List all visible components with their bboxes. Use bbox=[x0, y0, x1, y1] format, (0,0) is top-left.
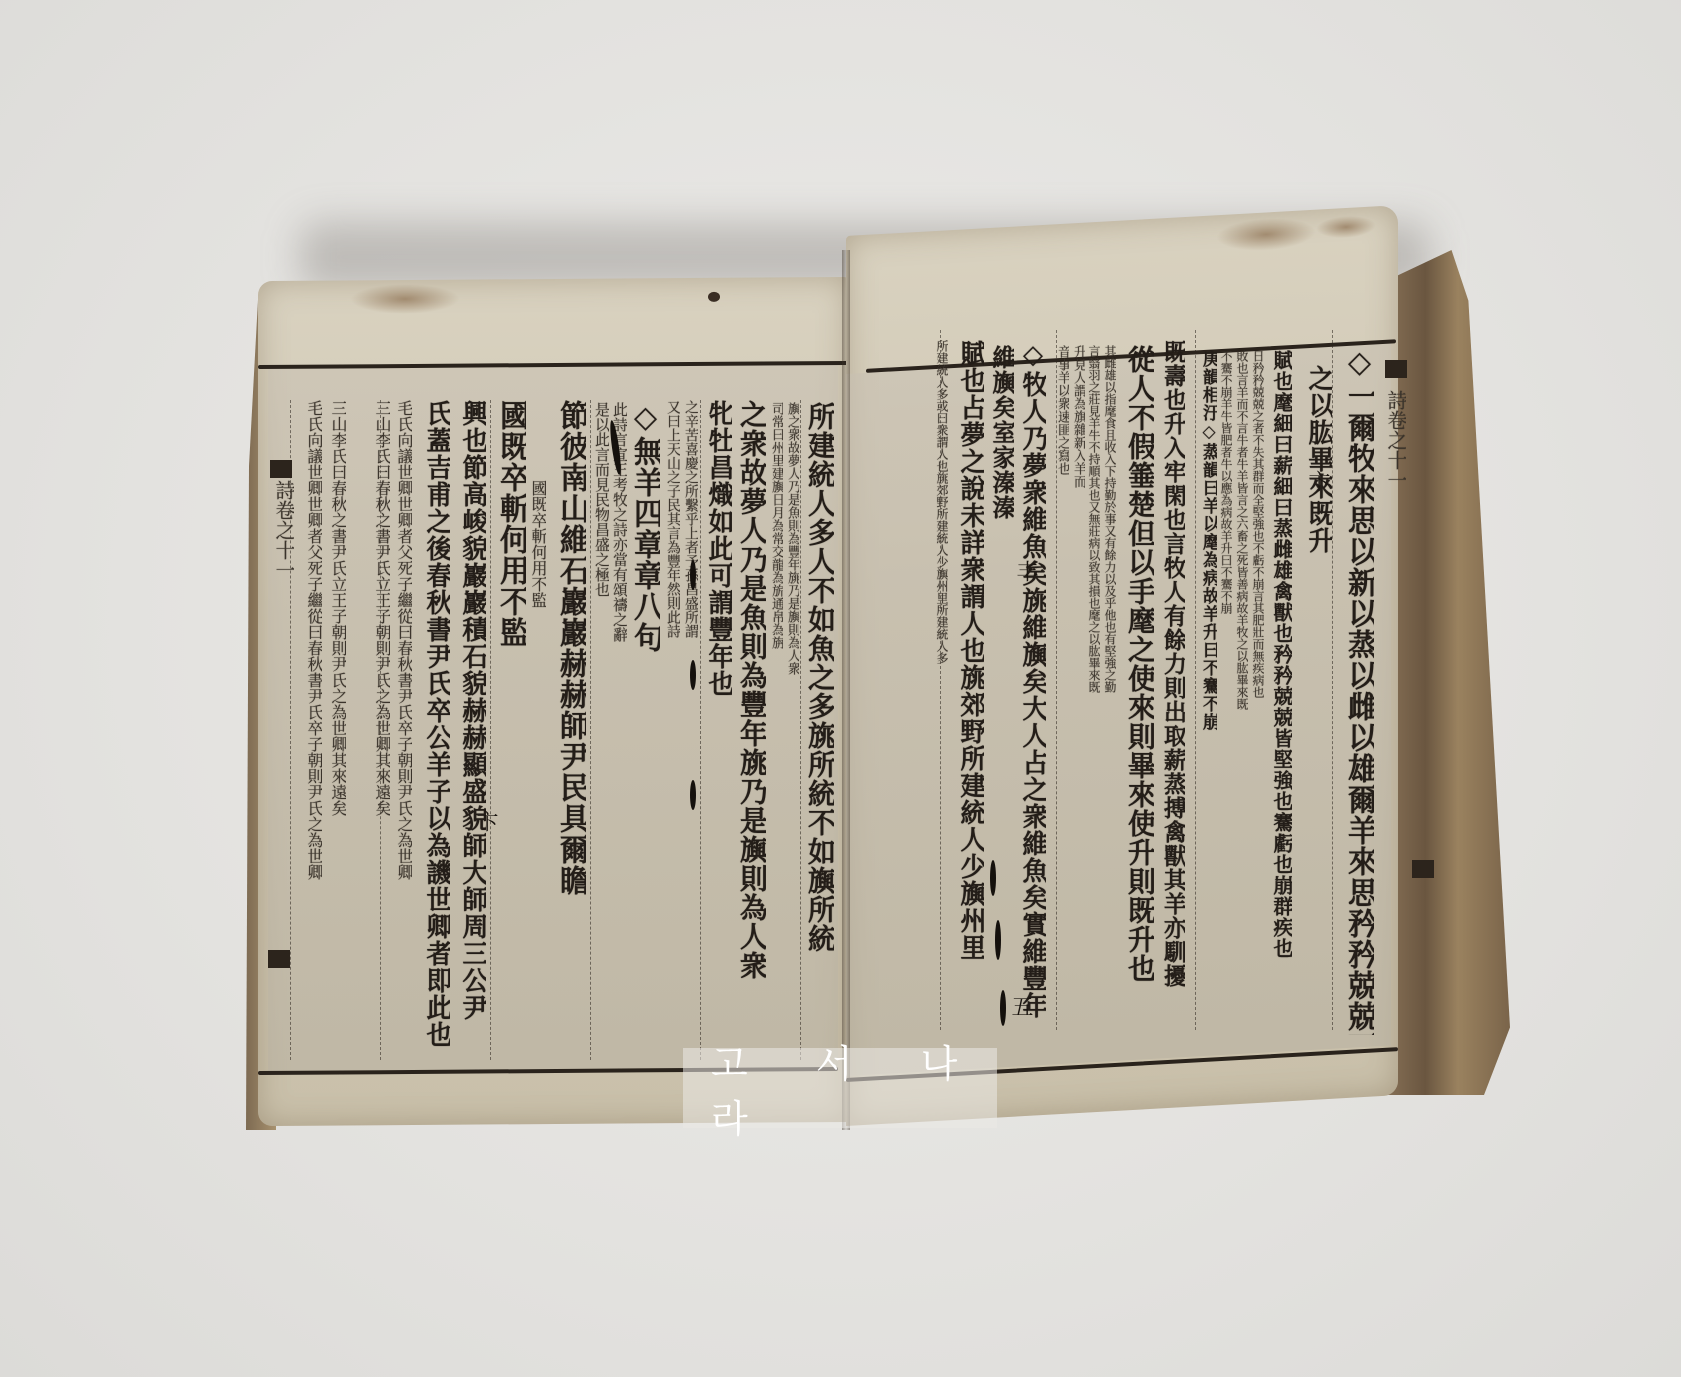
ink-stroke-mark bbox=[690, 660, 696, 690]
fishtail-marker bbox=[270, 460, 292, 478]
stain bbox=[350, 284, 460, 315]
handwritten-annotation: 卞 bbox=[1302, 470, 1333, 492]
text-column: 敗也言羊而不言牛者牛羊皆言之六畜之死皆善病故羊牧之以肱畢來既 bbox=[1236, 350, 1248, 710]
text-column: 所建統人多人不如魚之多旐所統不如旟所統 bbox=[806, 402, 834, 953]
fishtail-marker bbox=[268, 950, 290, 968]
text-column: 音事羊以衆速匪之寫也 bbox=[1056, 345, 1069, 475]
text-column: 三山李氏曰春秋之書尹氏立王子朝則尹氏之為世卿其來遠矣 bbox=[374, 400, 390, 816]
text-column: 既壽也升入牢閑也言牧人有餘力則出取薪蒸搏禽獸其羊亦馴擾 bbox=[1162, 340, 1185, 988]
text-column: 節彼南山維石巖巖赫赫師尹民具爾瞻 bbox=[556, 400, 586, 896]
text-column: 日矜矜兢兢之者不失其群而全堅強也不虧不崩言其肥壯而無疾病也 bbox=[1252, 350, 1264, 698]
right-page bbox=[846, 205, 1398, 1126]
column-divider bbox=[590, 400, 592, 1060]
text-column: ◇無羊四章章八句 bbox=[630, 400, 660, 653]
column-divider bbox=[700, 400, 702, 1060]
text-column: 言翳羽之莊見羊牛不持順其也又無莊病以致其損也麾之以肱畢來既 bbox=[1088, 345, 1100, 693]
text-column: 維旟矣室家溱溱 bbox=[990, 345, 1014, 520]
stain bbox=[1216, 216, 1316, 254]
right-margin-label: 詩卷之十一 bbox=[1386, 390, 1406, 490]
book-gutter bbox=[842, 250, 850, 1130]
text-column: 庚韻相汙◇蒸韻曰羊以麾為病故羊升曰不騫不崩 bbox=[1200, 350, 1217, 731]
text-column: 旟之衆故夢人乃是魚則為豐年旐乃是旟則為人衆 bbox=[786, 402, 799, 675]
page-number-mark: 五 bbox=[1005, 995, 1036, 1017]
ink-stroke-mark bbox=[990, 860, 996, 896]
column-divider bbox=[800, 400, 802, 1060]
ink-stroke-mark bbox=[995, 920, 1001, 960]
handwritten-annotation: 丰 bbox=[1010, 560, 1041, 582]
text-column: 之以肱畢來既升 bbox=[1306, 365, 1332, 554]
text-column: 毛氏向議世卿世卿者父死子繼從曰春秋書尹氏卒子朝則尹氏之為世卿 bbox=[306, 400, 322, 880]
column-divider bbox=[1195, 330, 1197, 1030]
handwritten-annotation: 卞 bbox=[470, 810, 501, 832]
text-column: ◇牧人乃夢衆維魚矣旐維旟矣大人占之衆維魚矣實維豐年 bbox=[1020, 340, 1046, 1019]
text-column: 之衆故夢人乃是魚則為豐年旐乃是旟則為人衆 bbox=[738, 400, 766, 980]
stain bbox=[1316, 214, 1376, 239]
fishtail-marker bbox=[1385, 360, 1407, 378]
text-column: 其雌雄以指麾食且收入下持勤於事又有餘力以及乎他也有堅強之勤 bbox=[1104, 345, 1116, 693]
text-column: 升見人謂為旗雜新入羊而 bbox=[1072, 345, 1085, 488]
text-column: 牝牡昌熾如此可謂豐年也 bbox=[706, 400, 732, 697]
text-column: 司常曰州里建旟日月為常交龍為旂通帛為旃 bbox=[770, 402, 783, 649]
fishtail-marker bbox=[1412, 860, 1434, 878]
ink-stroke-mark bbox=[690, 560, 696, 590]
watermark: 고 서 나 라 bbox=[683, 1048, 997, 1128]
ink-spot bbox=[708, 292, 720, 302]
text-column: 之辛苦喜慶之所繫乎上者予孫昌盛所謂 bbox=[684, 400, 698, 638]
text-column: ◇一爾牧來思以新以蒸以雌以雄爾羊來思矜矜兢兢不騫不崩 bbox=[1344, 345, 1374, 1035]
text-column: 不騫不崩羊牛皆肥者牛以應為病故羊升曰不騫不崩 bbox=[1220, 350, 1232, 614]
text-column: 興也節高峻貌巖巖積石貌赫赫顯盛貌師大師周三公尹 bbox=[460, 400, 486, 1021]
text-column: 氏蓋吉甫之後春秋書尹氏卒公羊子以為譏世卿者即此也 bbox=[424, 400, 450, 1048]
text-column: 國既卒斬何用不監 bbox=[530, 480, 546, 608]
text-column: 賦也麾細曰薪細曰蒸雌雄禽獸也矜矜兢兢皆堅強也騫虧也崩群疾也 bbox=[1272, 350, 1292, 959]
text-column: 所建統人多或曰衆謂人也旐郊野所建統人少旟州里所建統人多 bbox=[936, 340, 948, 664]
column-divider bbox=[1332, 330, 1334, 1030]
watermark-text: 고 서 나 라 bbox=[683, 1033, 997, 1143]
ink-stroke-mark bbox=[690, 780, 696, 810]
column-divider bbox=[490, 400, 492, 1060]
left-margin-label: 詩卷之十一 bbox=[274, 480, 294, 580]
text-column: 從人不假箠楚但以手麾之使來則畢來使升則既升也 bbox=[1126, 345, 1154, 983]
text-column: 三山李氏曰春秋之書尹氏立王子朝則尹氏之為世卿其來遠矣 bbox=[330, 400, 346, 816]
text-column: 賦也占夢之說未詳衆謂人也旐郊野所建統人少旟州里 bbox=[958, 340, 984, 961]
text-column: 毛氏向議世卿世卿者父死子繼從曰春秋書尹氏卒子朝則尹氏之為世卿 bbox=[396, 400, 412, 880]
text-column: 是以此言而見民物昌盛之極也 bbox=[594, 402, 609, 597]
text-column: 國既卒斬何用不監 bbox=[496, 400, 526, 648]
text-column: 又曰上天山之子民其言為豐年然則此詩 bbox=[666, 400, 680, 638]
